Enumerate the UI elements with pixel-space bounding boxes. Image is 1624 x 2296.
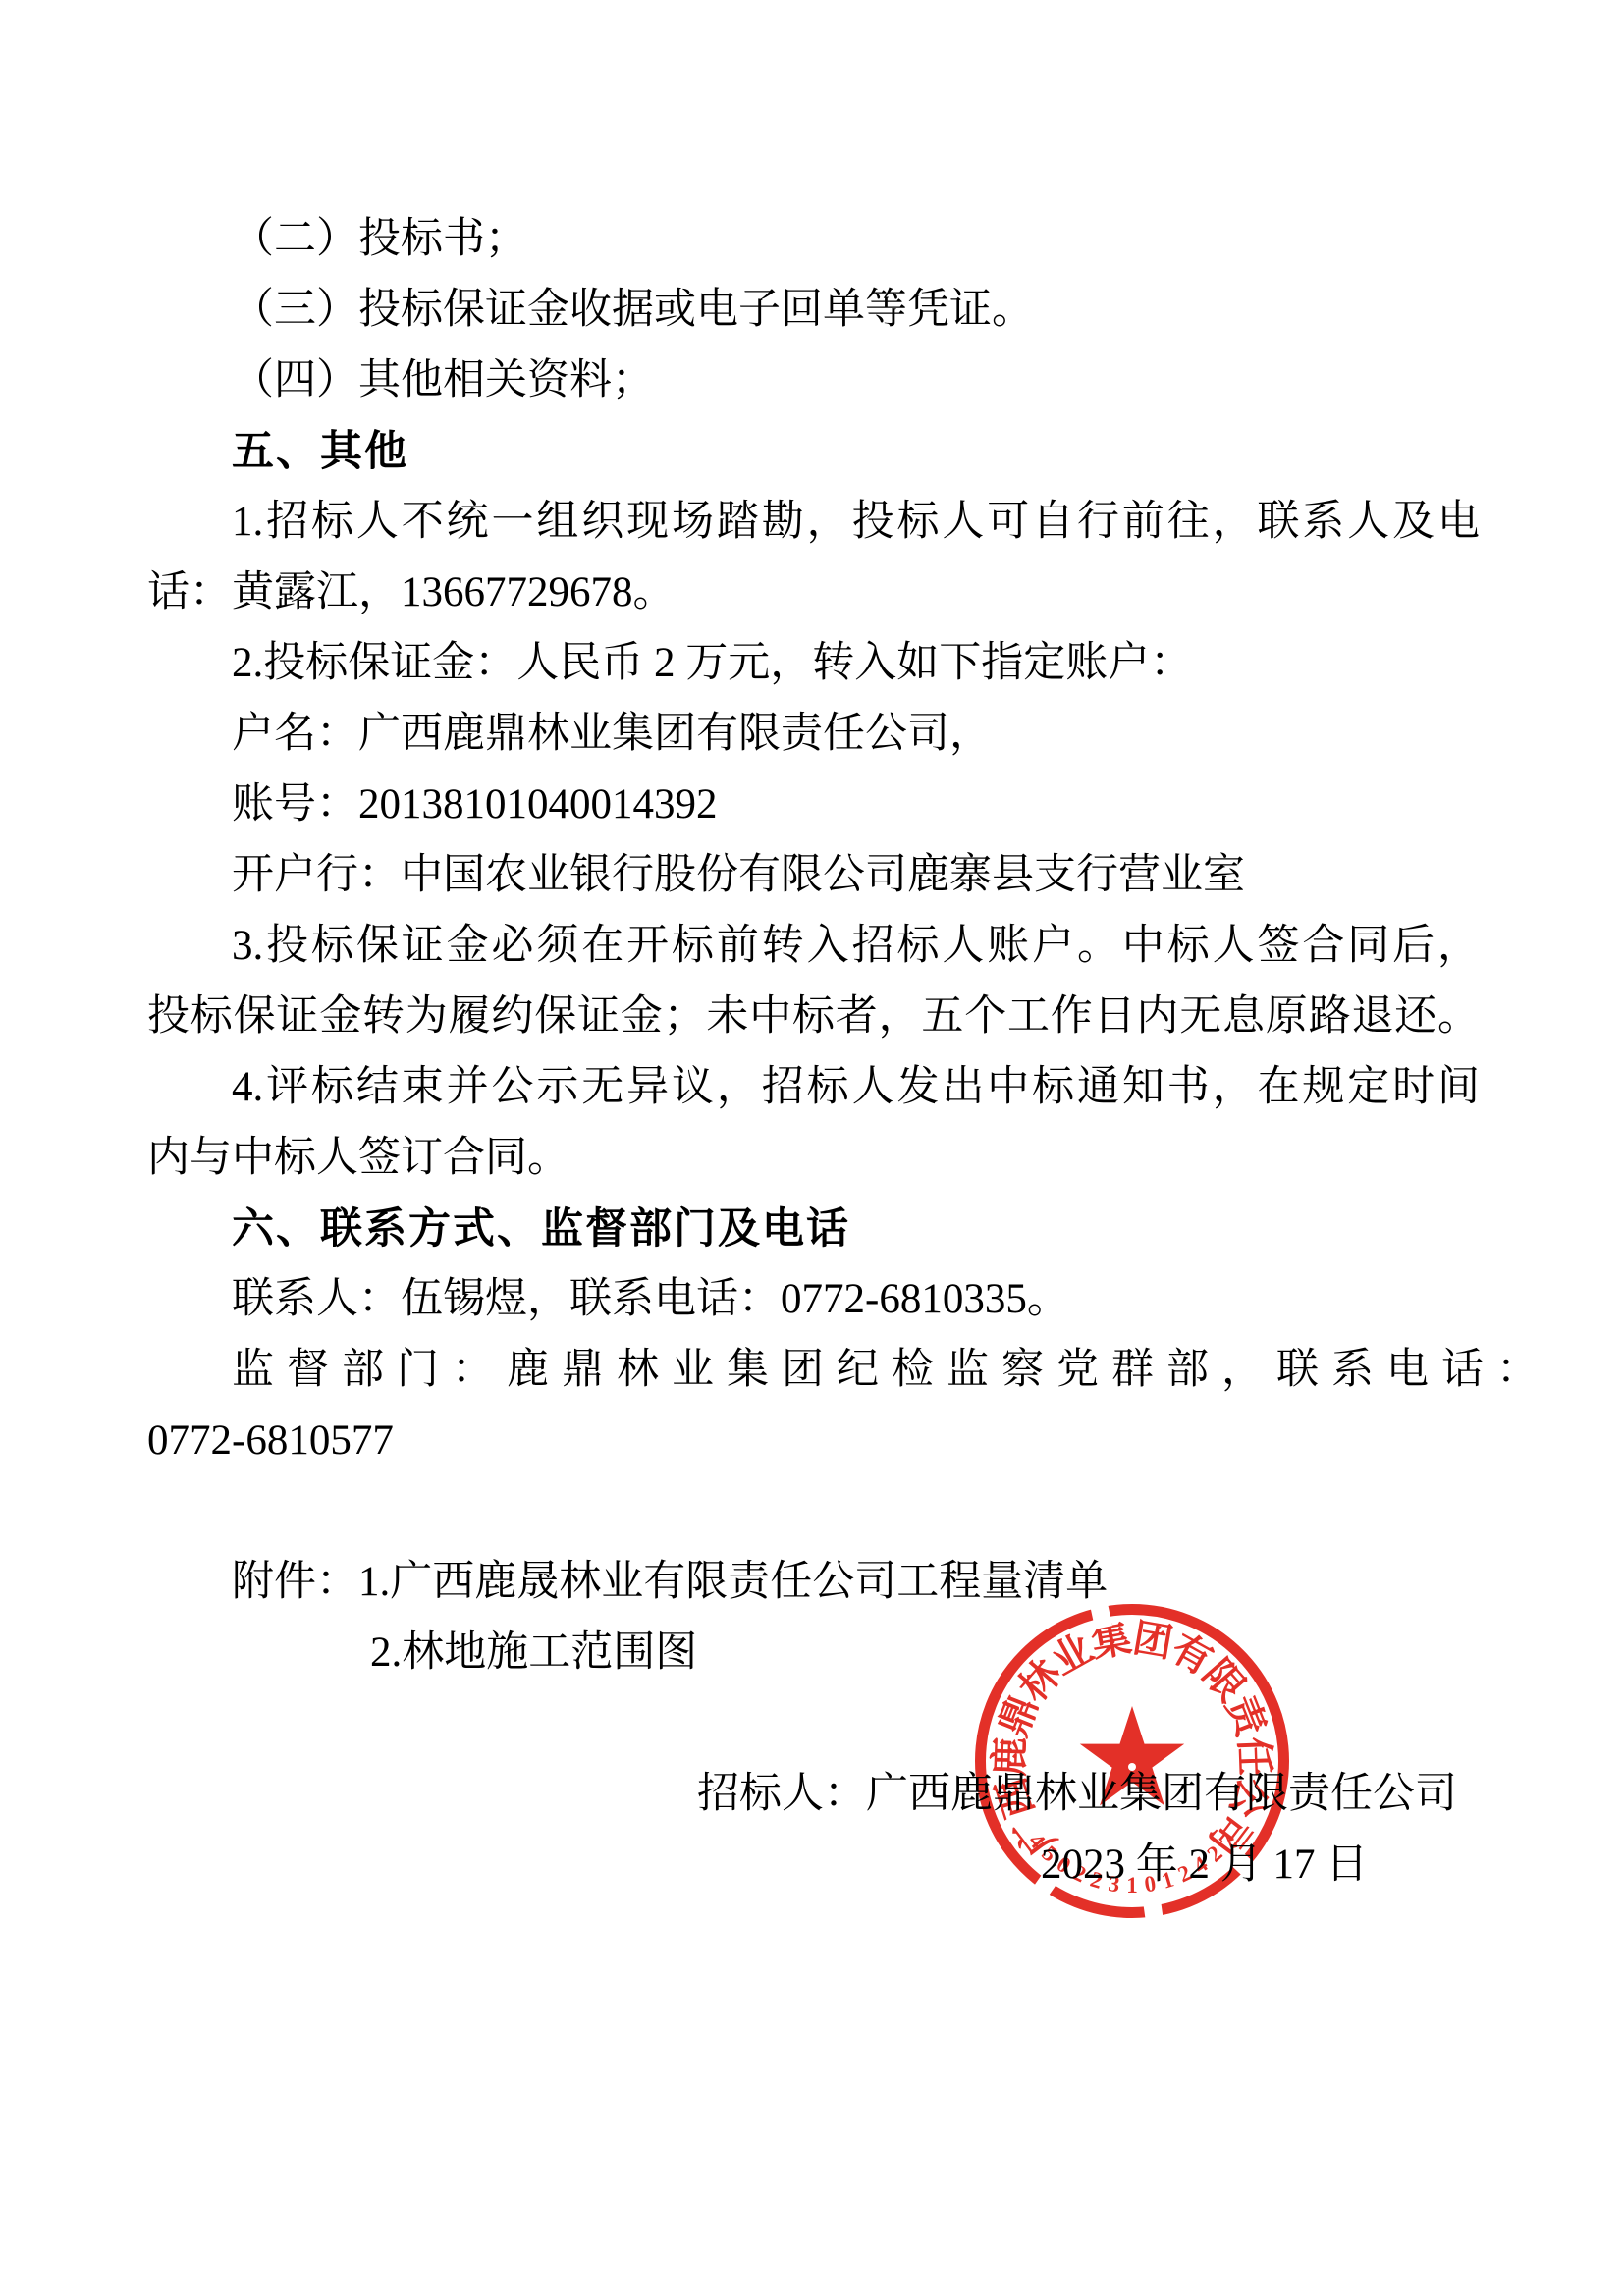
official-seal: 广西鹿鼎林业集团有限责任公司 4502231012427 (975, 1604, 1289, 1918)
doc-line-1: （二）投标书； (147, 204, 1480, 275)
doc-line-4: 五、其他 (147, 416, 1480, 487)
doc-line-9: 账号：20138101040014392 (147, 770, 1480, 840)
doc-line-17: 监督部门：鹿鼎林业集团纪检监察党群部，联系电话： (147, 1335, 1480, 1406)
doc-line-12: 投标保证金转为履约保证金；未中标者，五个工作日内无息原路退还。 (147, 982, 1480, 1052)
doc-line-19 (147, 1476, 1480, 1547)
doc-line-6: 话：黄露江，13667729678。 (147, 558, 1480, 628)
doc-line-2: （三）投标保证金收据或电子回单等凭证。 (147, 275, 1480, 346)
doc-line-3: （四）其他相关资料； (147, 346, 1480, 416)
doc-line-11: 3.投标保证金必须在开标前转入招标人账户。中标人签合同后， (147, 911, 1480, 982)
doc-line-16: 联系人：伍锡煜，联系电话：0772-6810335。 (147, 1264, 1480, 1335)
doc-line-21: 2.林地施工范围图 (147, 1618, 1480, 1688)
seal-star-dot (1128, 1763, 1136, 1771)
document-page: （二）投标书；（三）投标保证金收据或电子回单等凭证。（四）其他相关资料；五、其他… (0, 0, 1624, 2296)
doc-line-18: 0772-6810577 (147, 1406, 1480, 1476)
doc-line-13: 4.评标结束并公示无异议，招标人发出中标通知书，在规定时间 (147, 1052, 1480, 1123)
seal-star-icon (1077, 1706, 1187, 1816)
document-body: （二）投标书；（三）投标保证金收据或电子回单等凭证。（四）其他相关资料；五、其他… (147, 204, 1480, 1900)
doc-line-7: 2.投标保证金：人民币 2 万元，转入如下指定账户： (147, 628, 1480, 699)
doc-line-15: 六、联系方式、监督部门及电话 (147, 1194, 1480, 1264)
doc-line-8: 户名：广西鹿鼎林业集团有限责任公司， (147, 699, 1480, 770)
doc-line-5: 1.招标人不统一组织现场踏勘，投标人可自行前往，联系人及电 (147, 487, 1480, 558)
doc-line-20: 附件：1.广西鹿晟林业有限责任公司工程量清单 (147, 1547, 1480, 1618)
seal-ring-notch (1142, 1895, 1164, 1928)
doc-line-10: 开户行：中国农业银行股份有限公司鹿寨县支行营业室 (147, 840, 1480, 911)
doc-line-14: 内与中标人签订合同。 (147, 1123, 1480, 1194)
doc-line-24: 2023 年 2 月 17 日 (147, 1830, 1480, 1900)
